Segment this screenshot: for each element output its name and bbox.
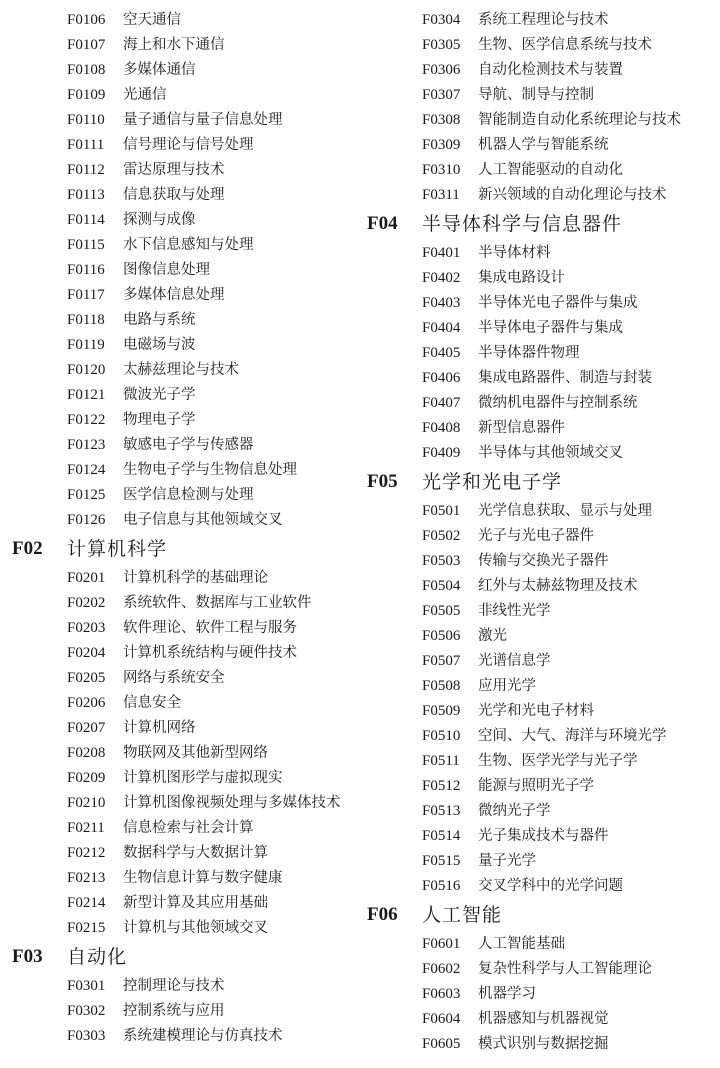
item-code: F0213 <box>67 866 105 891</box>
item-name: 半导体光电子器件与集成 <box>478 291 638 316</box>
item-code: F0601 <box>422 932 460 957</box>
item-name: 模式识别与数据挖掘 <box>478 1032 609 1057</box>
item-name: 物联网及其他新型网络 <box>123 741 268 766</box>
item-code: F0512 <box>422 774 460 799</box>
item-name: 量子通信与量子信息处理 <box>123 108 283 133</box>
item-code: F0114 <box>67 208 105 233</box>
item-name: 复杂性科学与人工智能理论 <box>478 957 652 982</box>
item-code: F0110 <box>67 108 105 133</box>
item-name: 生物信息计算与数字健康 <box>123 866 283 891</box>
item-code: F0302 <box>67 999 105 1024</box>
item-name: 光学和光电子材料 <box>478 699 594 724</box>
item-name: 多媒体通信 <box>123 58 196 83</box>
item-name: 探测与成像 <box>123 208 196 233</box>
item-name: 半导体器件物理 <box>478 341 580 366</box>
item-name: 微波光子学 <box>123 383 196 408</box>
item-code: F0308 <box>422 108 460 133</box>
item-name: 应用光学 <box>478 674 536 699</box>
item-code: F0406 <box>422 366 460 391</box>
item-code: F0604 <box>422 1007 460 1032</box>
item-code: F0201 <box>67 566 105 591</box>
item-code: F0206 <box>67 691 105 716</box>
item-code: F0215 <box>67 916 105 941</box>
item-code: F0401 <box>422 241 460 266</box>
item-code: F0306 <box>422 58 460 83</box>
item-name: 空间、大气、海洋与环境光学 <box>478 724 667 749</box>
section-title: 光学和光电子学 <box>422 467 562 497</box>
section-code: F02 <box>12 534 43 564</box>
section-code: F04 <box>367 209 398 239</box>
item-name: 半导体电子器件与集成 <box>478 316 623 341</box>
item-code: F0204 <box>67 641 105 666</box>
item-code: F0509 <box>422 699 460 724</box>
item-code: F0121 <box>67 383 105 408</box>
item-name: 导航、制导与控制 <box>478 83 594 108</box>
item-code: F0514 <box>422 824 460 849</box>
item-name: 集成电路器件、制造与封装 <box>478 366 652 391</box>
item-code: F0405 <box>422 341 460 366</box>
item-name: 太赫兹理论与技术 <box>123 358 239 383</box>
item-code: F0503 <box>422 549 460 574</box>
item-code: F0211 <box>67 816 105 841</box>
item-name: 机器学习 <box>478 982 536 1007</box>
item-code: F0502 <box>422 524 460 549</box>
item-name: 自动化检测技术与装置 <box>478 58 623 83</box>
item-code: F0111 <box>67 133 104 158</box>
item-code: F0108 <box>67 58 105 83</box>
item-name: 集成电路设计 <box>478 266 565 291</box>
item-code: F0116 <box>67 258 105 283</box>
item-name: 敏感电子学与传感器 <box>123 433 254 458</box>
item-name: 半导体与其他领域交叉 <box>478 441 623 466</box>
item-code: F0109 <box>67 83 105 108</box>
item-code: F0212 <box>67 841 105 866</box>
item-code: F0301 <box>67 974 105 999</box>
item-name: 微纳机电器件与控制系统 <box>478 391 638 416</box>
item-name: 计算机系统结构与硬件技术 <box>123 641 297 666</box>
item-name: 数据科学与大数据计算 <box>123 841 268 866</box>
section-title: 人工智能 <box>422 900 502 930</box>
item-name: 电磁场与波 <box>123 333 196 358</box>
item-name: 电路与系统 <box>123 308 196 333</box>
item-name: 水下信息感知与处理 <box>123 233 254 258</box>
item-code: F0504 <box>422 574 460 599</box>
section-code: F05 <box>367 467 398 497</box>
item-code: F0303 <box>67 1024 105 1049</box>
item-name: 系统工程理论与技术 <box>478 8 609 33</box>
item-code: F0407 <box>422 391 460 416</box>
item-code: F0409 <box>422 441 460 466</box>
item-code: F0118 <box>67 308 105 333</box>
item-name: 控制理论与技术 <box>123 974 225 999</box>
item-code: F0120 <box>67 358 105 383</box>
item-code: F0402 <box>422 266 460 291</box>
item-name: 多媒体信息处理 <box>123 283 225 308</box>
item-name: 新兴领域的自动化理论与技术 <box>478 183 667 208</box>
item-name: 智能制造自动化系统理论与技术 <box>478 108 681 133</box>
item-name: 系统建模理论与仿真技术 <box>123 1024 283 1049</box>
item-code: F0125 <box>67 483 105 508</box>
item-code: F0513 <box>422 799 460 824</box>
item-code: F0112 <box>67 158 105 183</box>
item-code: F0403 <box>422 291 460 316</box>
item-code: F0207 <box>67 716 105 741</box>
item-code: F0122 <box>67 408 105 433</box>
item-code: F0510 <box>422 724 460 749</box>
item-code: F0304 <box>422 8 460 33</box>
item-code: F0603 <box>422 982 460 1007</box>
item-code: F0208 <box>67 741 105 766</box>
item-name: 生物、医学信息系统与技术 <box>478 33 652 58</box>
item-code: F0203 <box>67 616 105 641</box>
item-name: 量子光学 <box>478 849 536 874</box>
item-code: F0307 <box>422 83 460 108</box>
item-name: 光子集成技术与器件 <box>478 824 609 849</box>
item-name: 计算机科学的基础理论 <box>123 566 268 591</box>
item-code: F0605 <box>422 1032 460 1057</box>
item-name: 机器人学与智能系统 <box>478 133 609 158</box>
item-code: F0515 <box>422 849 460 874</box>
item-name: 新型信息器件 <box>478 416 565 441</box>
item-name: 人工智能驱动的自动化 <box>478 158 623 183</box>
item-name: 新型计算及其应用基础 <box>123 891 268 916</box>
item-name: 能源与照明光子学 <box>478 774 594 799</box>
item-code: F0505 <box>422 599 460 624</box>
item-name: 机器感知与机器视觉 <box>478 1007 609 1032</box>
section-title: 自动化 <box>67 942 127 972</box>
item-name: 海上和水下通信 <box>123 33 225 58</box>
item-name: 雷达原理与技术 <box>123 158 225 183</box>
section-code: F06 <box>367 900 398 930</box>
item-code: F0310 <box>422 158 460 183</box>
section-title: 计算机科学 <box>67 534 167 564</box>
item-name: 网络与系统安全 <box>123 666 225 691</box>
item-code: F0124 <box>67 458 105 483</box>
item-name: 计算机图形学与虚拟现实 <box>123 766 283 791</box>
item-name: 物理电子学 <box>123 408 196 433</box>
item-name: 信息安全 <box>123 691 181 716</box>
item-code: F0305 <box>422 33 460 58</box>
item-code: F0210 <box>67 791 105 816</box>
item-name: 医学信息检测与处理 <box>123 483 254 508</box>
item-code: F0209 <box>67 766 105 791</box>
item-code: F0123 <box>67 433 105 458</box>
item-code: F0309 <box>422 133 460 158</box>
item-name: 光学信息获取、显示与处理 <box>478 499 652 524</box>
item-code: F0507 <box>422 649 460 674</box>
item-name: 光谱信息学 <box>478 649 551 674</box>
item-code: F0202 <box>67 591 105 616</box>
item-name: 信号理论与信号处理 <box>123 133 254 158</box>
item-name: 激光 <box>478 624 507 649</box>
item-name: 传输与交换光子器件 <box>478 549 609 574</box>
item-code: F0214 <box>67 891 105 916</box>
item-code: F0404 <box>422 316 460 341</box>
item-code: F0117 <box>67 283 105 308</box>
item-code: F0508 <box>422 674 460 699</box>
item-name: 半导体材料 <box>478 241 551 266</box>
section-code: F03 <box>12 942 43 972</box>
item-code: F0106 <box>67 8 105 33</box>
item-name: 软件理论、软件工程与服务 <box>123 616 297 641</box>
item-code: F0126 <box>67 508 105 533</box>
item-code: F0516 <box>422 874 460 899</box>
item-code: F0511 <box>422 749 460 774</box>
item-name: 光子与光电子器件 <box>478 524 594 549</box>
item-name: 电子信息与其他领域交叉 <box>123 508 283 533</box>
item-code: F0501 <box>422 499 460 524</box>
item-name: 人工智能基础 <box>478 932 565 957</box>
item-name: 生物、医学光学与光子学 <box>478 749 638 774</box>
item-name: 微纳光子学 <box>478 799 551 824</box>
item-name: 红外与太赫兹物理及技术 <box>478 574 638 599</box>
item-code: F0119 <box>67 333 105 358</box>
section-title: 半导体科学与信息器件 <box>422 209 622 239</box>
item-name: 信息获取与处理 <box>123 183 225 208</box>
item-name: 系统软件、数据库与工业软件 <box>123 591 312 616</box>
item-code: F0602 <box>422 957 460 982</box>
item-name: 计算机图像视频处理与多媒体技术 <box>123 791 341 816</box>
item-code: F0506 <box>422 624 460 649</box>
item-name: 空天通信 <box>123 8 181 33</box>
item-code: F0107 <box>67 33 105 58</box>
item-name: 信息检索与社会计算 <box>123 816 254 841</box>
item-name: 生物电子学与生物信息处理 <box>123 458 297 483</box>
item-name: 光通信 <box>123 83 167 108</box>
item-name: 非线性光学 <box>478 599 551 624</box>
item-code: F0113 <box>67 183 105 208</box>
item-name: 交叉学科中的光学问题 <box>478 874 623 899</box>
item-name: 图像信息处理 <box>123 258 210 283</box>
item-code: F0311 <box>422 183 460 208</box>
item-code: F0115 <box>67 233 105 258</box>
item-code: F0205 <box>67 666 105 691</box>
item-name: 计算机与其他领域交叉 <box>123 916 268 941</box>
item-name: 计算机网络 <box>123 716 196 741</box>
item-name: 控制系统与应用 <box>123 999 225 1024</box>
item-code: F0408 <box>422 416 460 441</box>
